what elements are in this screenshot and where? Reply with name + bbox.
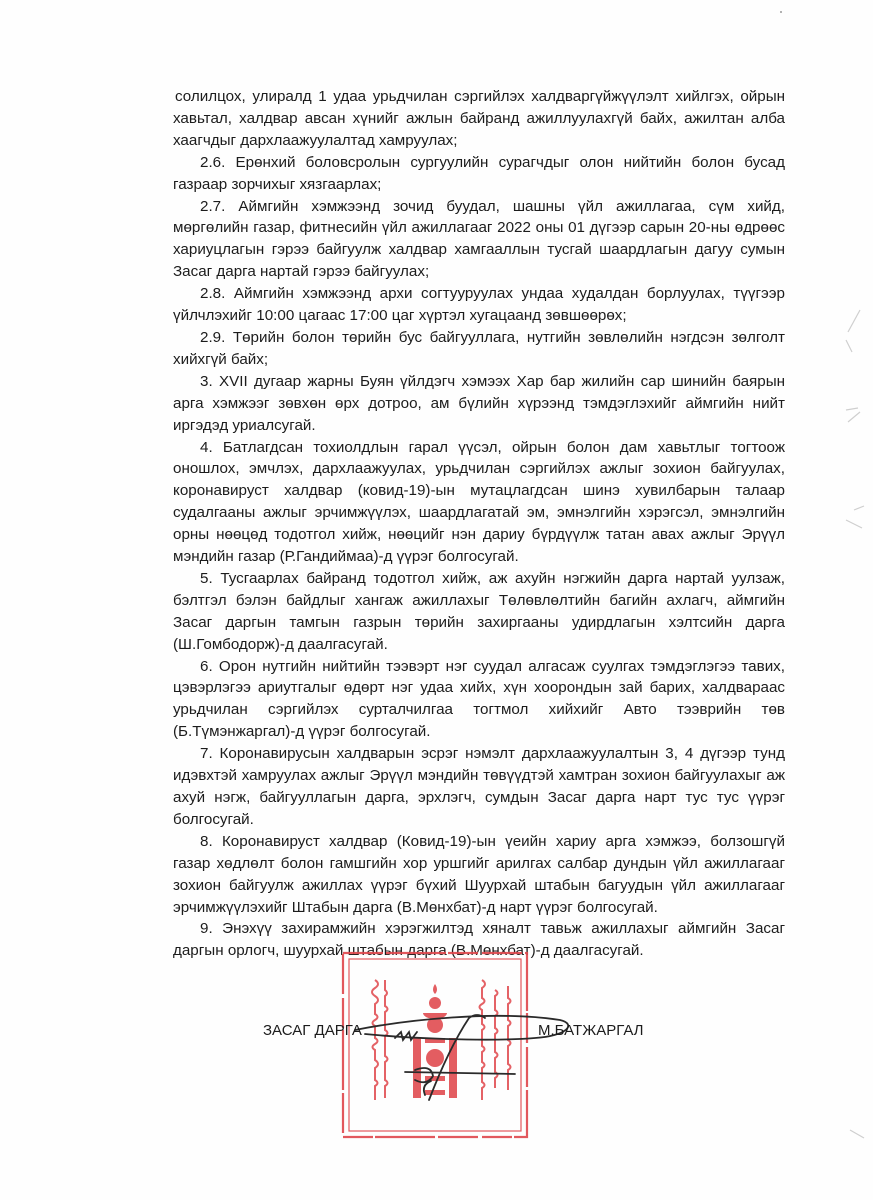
paragraph-4: 4. Батлагдсан тохиолдлын гарал үүсэл, ой…: [173, 437, 785, 568]
paragraph-2-8: 2.8. Аймгийн хэмжээнд архи согтууруулах …: [173, 283, 785, 327]
paragraph-2-6: 2.6. Ерөнхий боловсролын сургуулийн сура…: [173, 152, 785, 196]
paragraph-7: 7. Коронавирусын халдварын эсрэг нэмэлт …: [173, 743, 785, 831]
paragraph-8: 8. Коронавируст халдвар (Ковид-19)-ын үе…: [173, 831, 785, 919]
paragraph-2-9: 2.9. Төрийн болон төрийн бус байгууллага…: [173, 327, 785, 371]
paragraph-continuation: солилцох, улиралд 1 удаа урьдчилан сэрги…: [173, 86, 785, 152]
document-page: солилцох, улиралд 1 удаа урьдчилан сэрги…: [0, 0, 873, 1200]
signature-icon: [345, 1000, 585, 1110]
scan-artifact-dot: [780, 11, 782, 13]
paragraph-5: 5. Тусгаарлах байранд тодотгол хийж, аж …: [173, 568, 785, 656]
scan-artifact-marks: [820, 280, 873, 1180]
signatory-name: М.БАТЖАРГАЛ: [538, 1022, 644, 1039]
paragraph-3: 3. XVII дугаар жарны Буян үйлдэгч хэмээх…: [173, 371, 785, 437]
signatory-title: ЗАСАГ ДАРГА: [263, 1022, 362, 1039]
paragraph-2-7: 2.7. Аймгийн хэмжээнд зочид буудал, шашн…: [173, 196, 785, 284]
document-body: солилцох, улиралд 1 удаа урьдчилан сэрги…: [173, 86, 785, 962]
paragraph-6: 6. Орон нутгийн нийтийн тээвэрт нэг сууд…: [173, 656, 785, 744]
